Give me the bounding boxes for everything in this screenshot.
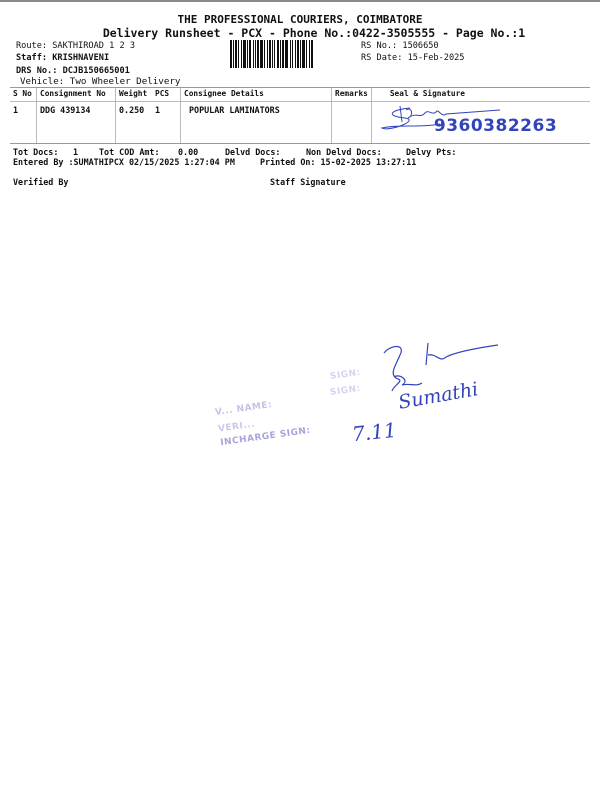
company-title: THE PROFESSIONAL COURIERS, COIMBATORE	[0, 13, 600, 26]
cell-consignee: POPULAR LAMINATORS	[181, 102, 332, 144]
phone-note: 9360382263	[434, 116, 557, 136]
runsheet-subtitle: Delivery Runsheet - PCX - Phone No.:0422…	[14, 26, 600, 40]
tot-docs-label: Tot Docs:	[13, 147, 58, 157]
staff-signature-label: Staff Signature	[270, 177, 346, 187]
rs-number: RS No.: 1506650	[361, 41, 439, 51]
cell-pcs: 1	[152, 102, 181, 144]
printed-on: Printed On: 15-02-2025 13:27:11	[260, 157, 416, 167]
handwritten-name: Sumathi	[397, 378, 480, 414]
table-header-row: S No Consignment No Weight PCS Consignee…	[10, 88, 590, 102]
rs-date: RS Date: 15-Feb-2025	[361, 53, 464, 63]
cell-remarks	[332, 102, 372, 144]
col-pcs: PCS	[152, 88, 181, 102]
col-s-no: S No	[10, 88, 37, 102]
entered-by: Entered By :SUMATHIPCX 02/15/2025 1:27:0…	[13, 157, 235, 167]
stamp-line-1: SIGN:	[329, 368, 361, 382]
col-consignee-details: Consignee Details	[181, 88, 332, 102]
delvd-docs-label: Delvd Docs:	[225, 147, 280, 157]
stamp-line-4: VERI...	[217, 419, 255, 434]
col-remarks: Remarks	[332, 88, 372, 102]
cell-consignment-no: DDG 439134	[37, 102, 116, 144]
delvy-pts-label: Delvy Pts:	[406, 147, 456, 157]
handwritten-date: 7.11	[351, 418, 398, 447]
scan-edge	[0, 0, 600, 2]
staff-label: Staff: KRISHNAVENI	[16, 53, 109, 63]
tot-cod-value: 0.00	[178, 147, 198, 157]
tot-docs-value: 1	[73, 147, 78, 157]
non-delvd-docs-label: Non Delvd Docs:	[306, 147, 382, 157]
stamp-line-3: V... NAME:	[215, 400, 273, 418]
cell-s-no: 1	[10, 102, 37, 144]
col-weight: Weight	[116, 88, 153, 102]
route-label: Route: SAKTHIROAD 1 2 3	[16, 41, 135, 51]
barcode	[230, 40, 356, 68]
col-seal-signature: Seal & Signature	[371, 88, 590, 102]
tot-cod-label: Tot COD Amt:	[99, 147, 160, 157]
table-row: 1 DDG 439134 0.250 1 POPULAR LAMINATORS …	[10, 102, 590, 144]
consignment-table: S No Consignment No Weight PCS Consignee…	[10, 88, 590, 144]
verified-by-label: Verified By	[13, 177, 68, 187]
col-consignment-no: Consignment No	[37, 88, 116, 102]
vehicle-label: Vehicle: Two Wheeler Delivery	[20, 76, 180, 87]
drs-number: DRS No.: DCJB150665001	[16, 66, 130, 76]
stamp-line-2: SIGN:	[329, 384, 361, 398]
cell-weight: 0.250	[116, 102, 153, 144]
cell-seal-signature: 9360382263	[371, 102, 590, 144]
